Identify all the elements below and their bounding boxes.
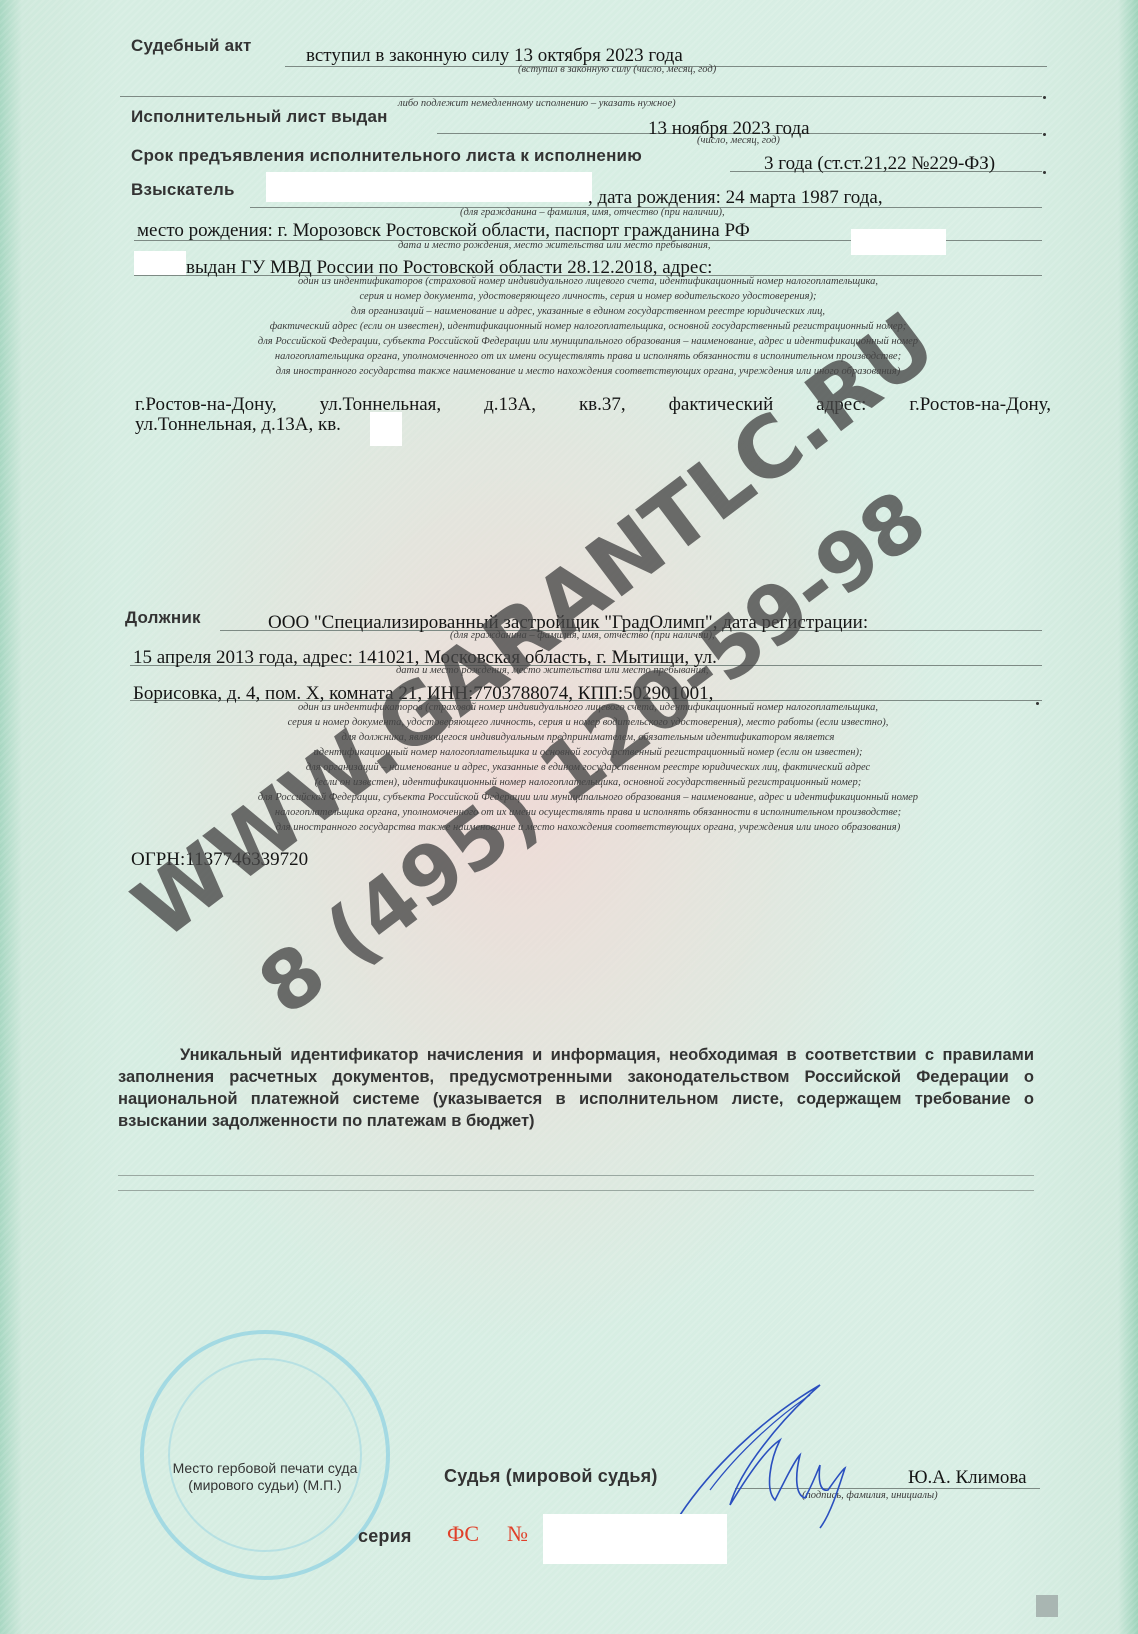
hint-line: серия и номер документа, удостоверяющего… xyxy=(134,289,1042,304)
court-seal-stamp xyxy=(140,1330,390,1580)
line-end-dot xyxy=(1043,133,1046,136)
corner-marker xyxy=(1036,1595,1058,1617)
debtor-hint-2: дата и место рождения, место жительства … xyxy=(396,665,709,676)
writ-issued-label: Исполнительный лист выдан xyxy=(131,107,388,127)
court-act-label: Судебный акт xyxy=(131,36,251,56)
judge-label: Судья (мировой судья) xyxy=(444,1466,658,1487)
court-act-hint: (вступил в законную силу (число, месяц, … xyxy=(518,64,716,75)
hint-line: идентификационный номер налогоплательщик… xyxy=(134,745,1042,760)
writ-back-page: Судебный акт вступил в законную силу 13 … xyxy=(0,0,1138,1634)
claimant-birth-place: место рождения: г. Морозовск Ростовской … xyxy=(137,220,750,242)
hint-line: (если он известен), идентификационный но… xyxy=(134,775,1042,790)
uin-rule-2 xyxy=(118,1190,1034,1191)
hint-line: налогоплательщика органа, уполномоченног… xyxy=(134,349,1042,364)
hint-line: серия и номер документа, удостоверяющего… xyxy=(134,715,1042,730)
hint-line: один из индентификаторов (страховой номе… xyxy=(134,274,1042,289)
passport-number-redaction xyxy=(851,229,946,255)
hint-line: для иностранного государства также наиме… xyxy=(134,364,1042,379)
claimant-address-line-2: ул.Тоннельная, д.13А, кв. xyxy=(135,414,341,436)
debtor-hint-block: один из индентификаторов (страховой номе… xyxy=(134,700,1042,835)
series-label: серия xyxy=(358,1526,412,1547)
debtor-ogrn: ОГРН:1137746339720 xyxy=(131,849,308,871)
series-code: ФС xyxy=(447,1521,479,1547)
hint-line: налогоплательщика органа, уполномоченног… xyxy=(134,805,1042,820)
judge-signature-icon xyxy=(670,1380,870,1530)
hint-line: для Российской Федерации, субъекта Росси… xyxy=(134,790,1042,805)
judge-name: Ю.А. Климова xyxy=(908,1467,1027,1489)
term-value: 3 года (ст.ст.21,22 №229-ФЗ) xyxy=(764,153,995,175)
apartment-redaction xyxy=(370,412,402,446)
line-end-dot xyxy=(1043,171,1046,174)
uin-instructions: Уникальный идентификатор начисления и ин… xyxy=(118,1044,1034,1132)
claimant-label: Взыскатель xyxy=(131,180,235,200)
hint-line: для иностранного государства также наиме… xyxy=(134,820,1042,835)
writ-issued-hint: (число, месяц, год) xyxy=(697,135,780,146)
uin-rule-1 xyxy=(118,1175,1034,1176)
seal-caption-line-1: Место гербовой печати суда xyxy=(140,1460,390,1477)
line-end-dot xyxy=(1043,96,1046,99)
seal-caption-line-2: (мирового судьи) (М.П.) xyxy=(140,1477,390,1494)
debtor-label: Должник xyxy=(125,608,201,628)
court-seal-inner-ring xyxy=(168,1358,362,1552)
series-number-sign: № xyxy=(507,1521,528,1547)
claimant-address-line-1: г.Ростов-на-Дону, ул.Тоннельная, д.13А, … xyxy=(135,394,1051,416)
claimant-hint-2: дата и место рождения, место жительства … xyxy=(398,240,711,251)
hint-line: фактический адрес (если он известен), ид… xyxy=(134,319,1042,334)
claimant-hint-block: один из индентификаторов (страховой номе… xyxy=(134,274,1042,379)
claimant-name-redaction xyxy=(266,172,592,202)
court-act-rule-2 xyxy=(120,96,1042,97)
term-label: Срок предъявления исполнительного листа … xyxy=(131,146,642,166)
claimant-birth-date: , дата рождения: 24 марта 1987 года, xyxy=(588,187,883,209)
seal-caption: Место гербовой печати суда (мирового суд… xyxy=(140,1460,390,1494)
hint-line: для должника, являющегося индивидуальным… xyxy=(134,730,1042,745)
claimant-hint-1: (для гражданина – фамилия, имя, отчество… xyxy=(460,207,725,218)
series-number-redaction xyxy=(543,1514,727,1564)
hint-line: для Российской Федерации, субъекта Росси… xyxy=(134,334,1042,349)
hint-line: для организаций – наименование и адрес, … xyxy=(134,760,1042,775)
hint-line: один из индентификаторов (страховой номе… xyxy=(134,700,1042,715)
debtor-hint-1: (для гражданина – фамилия, имя, отчество… xyxy=(450,630,715,641)
court-act-hint-2: либо подлежит немедленному исполнению – … xyxy=(398,98,676,109)
passport-series-redaction xyxy=(134,251,186,276)
hint-line: для организаций – наименование и адрес, … xyxy=(134,304,1042,319)
